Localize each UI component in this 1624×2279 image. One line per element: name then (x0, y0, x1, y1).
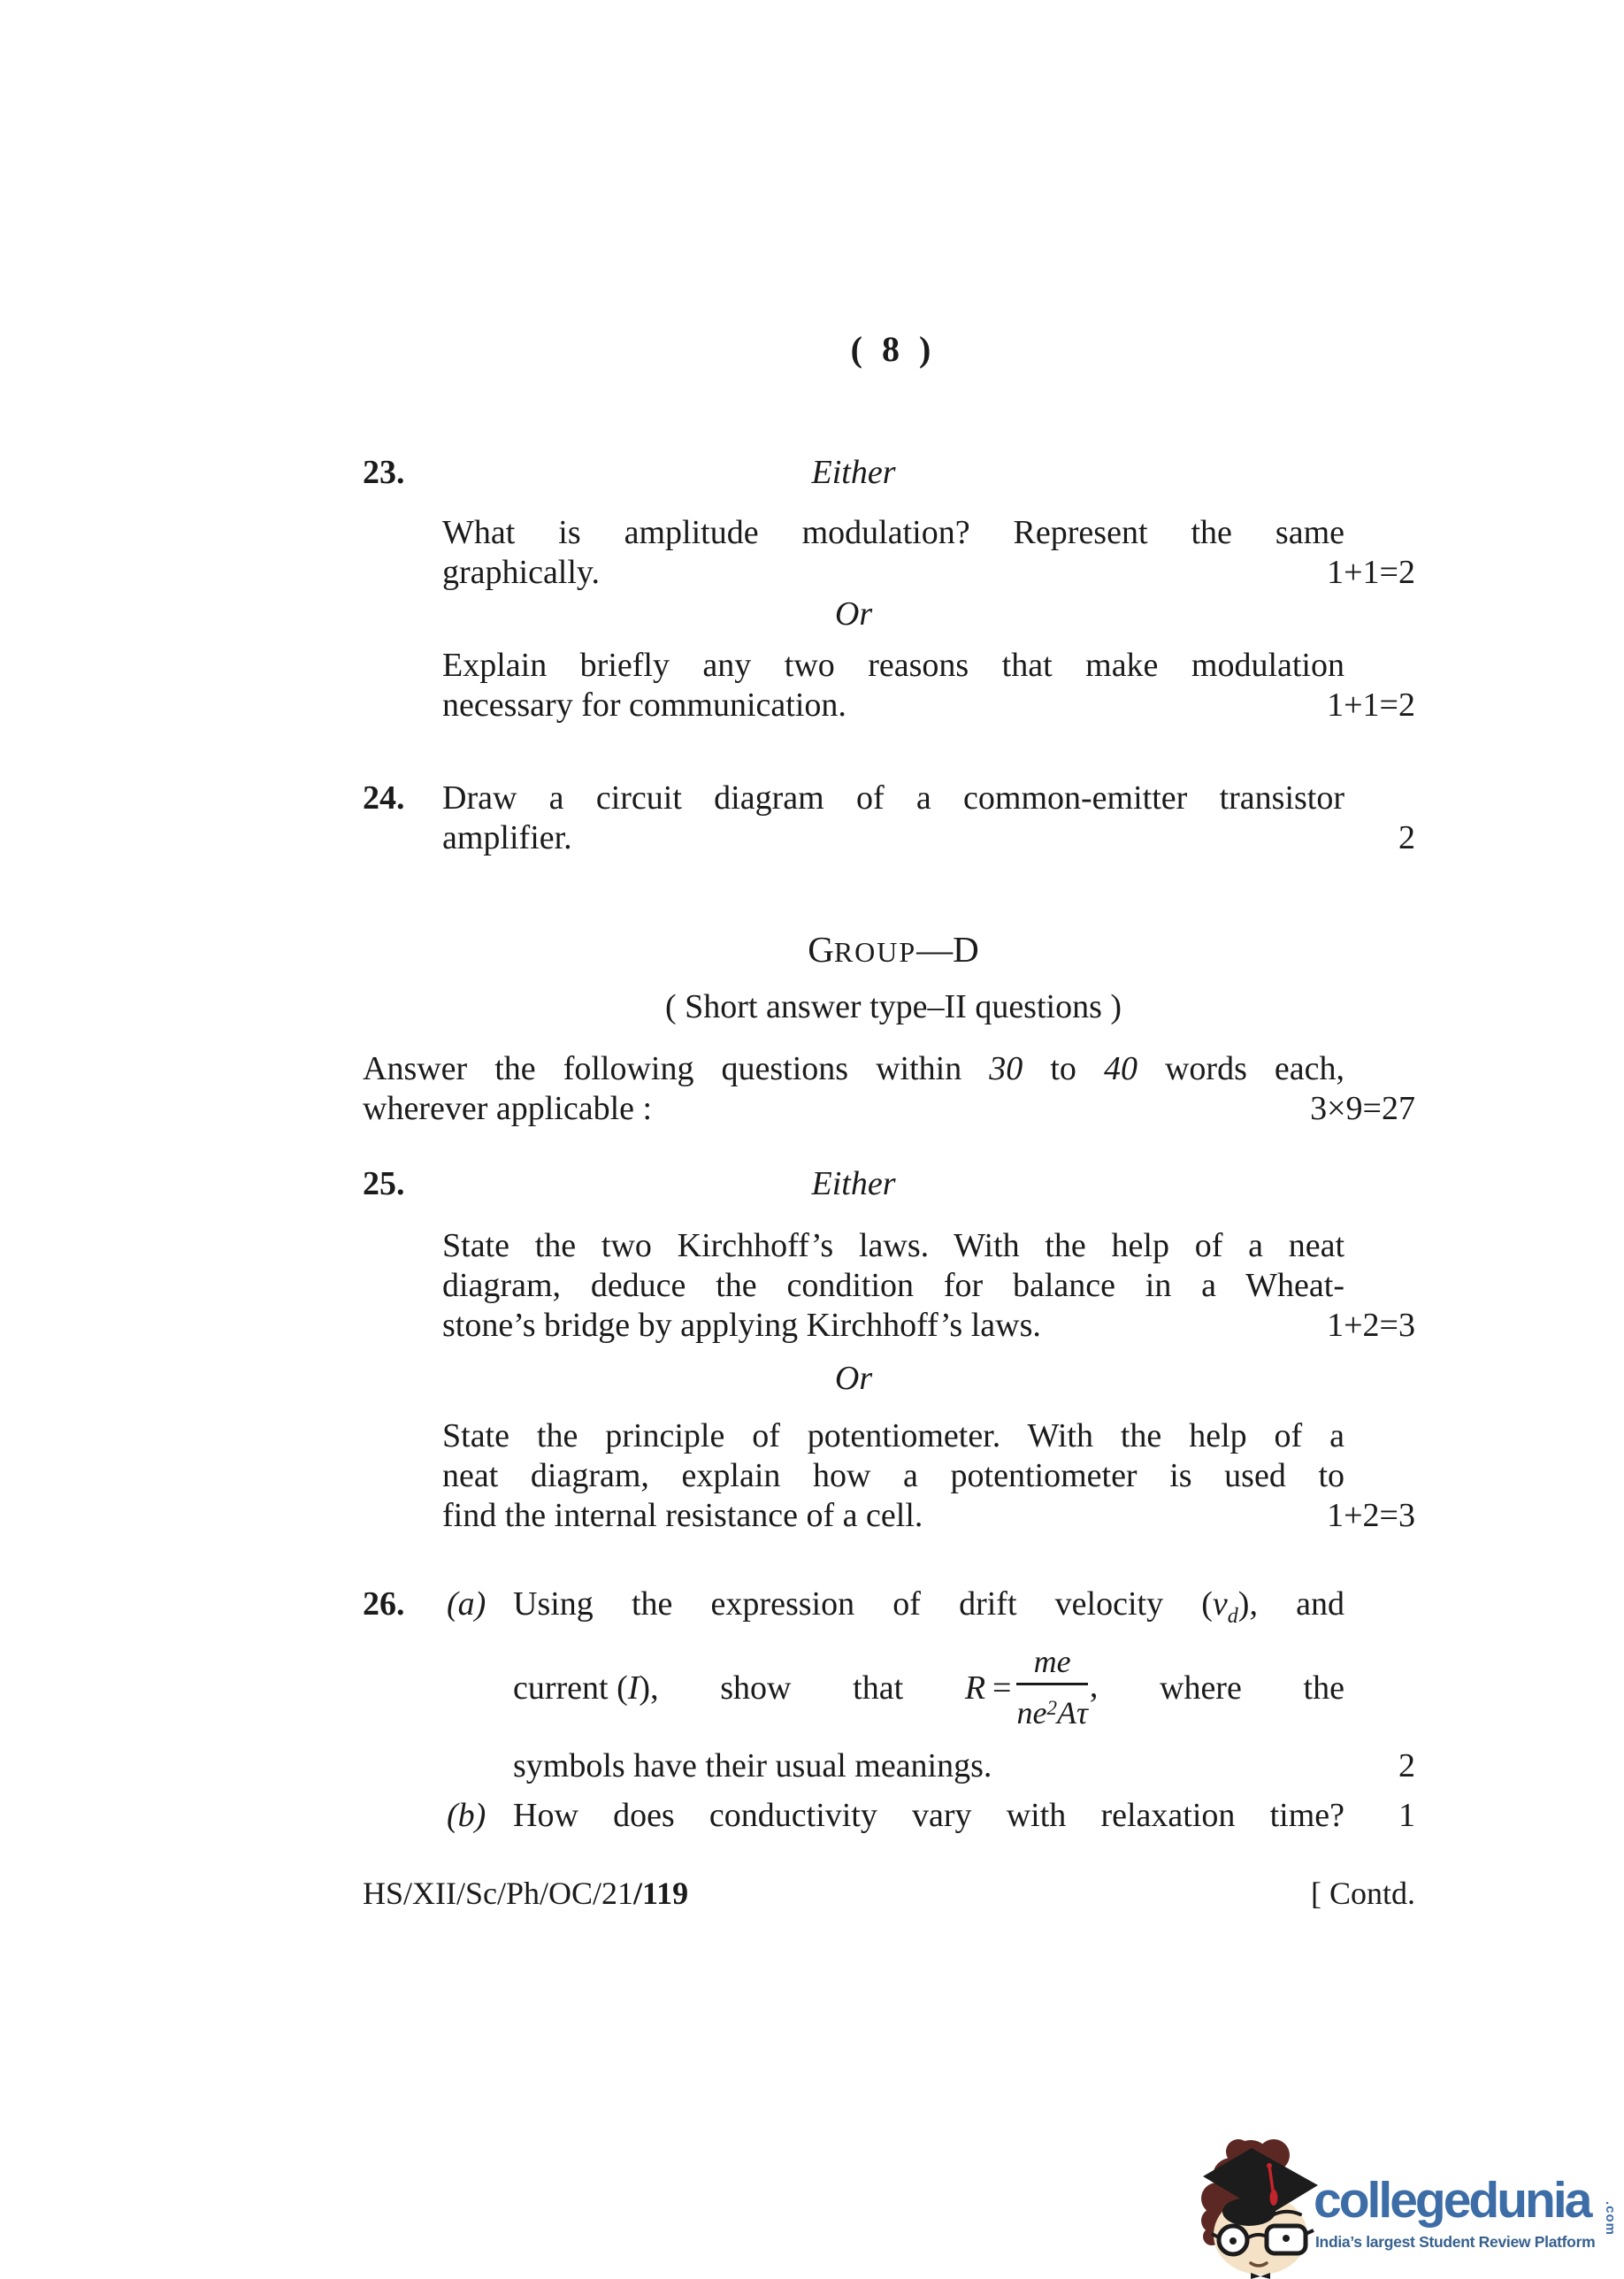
marks-value: 3×9=27 (1310, 1089, 1415, 1129)
denominator-base: ne (1016, 1695, 1046, 1730)
text-line: graphically. (442, 553, 1344, 593)
text-line: What is amplitude modulation? Represent … (442, 513, 1344, 553)
text-segment: Using the expression of drift velocity ( (513, 1585, 1213, 1623)
text-line: amplifier. (442, 818, 1344, 858)
text-segment: where (1160, 1669, 1242, 1707)
question-26-part-b: (b) How does conductivity vary with rela… (363, 1796, 1415, 1836)
marks-value: 1 (1398, 1796, 1415, 1836)
question-25-or-separator: Or (363, 1359, 1344, 1399)
question-23-either-text: What is amplitude modulation? Represent … (363, 513, 1415, 593)
text-line: State the two Kirchhoff’s laws. With the… (442, 1226, 1344, 1266)
text-line: How does conductivity vary with relaxati… (513, 1796, 1344, 1836)
fraction: me ne2Aτ (1016, 1644, 1087, 1732)
question-24-number: 24. (363, 779, 405, 818)
fraction-denominator: ne2Aτ (1016, 1689, 1087, 1732)
paper-code: HS/XII/Sc/Ph/OC/21/119 (363, 1874, 688, 1914)
group-d-subtitle: ( Short answer type–II questions ) (442, 987, 1344, 1027)
drift-velocity-subscript: d (1228, 1605, 1238, 1628)
contd-label: [ Contd. (1311, 1874, 1415, 1914)
marks-value: 2 (1398, 818, 1415, 858)
question-25-number: 25. (363, 1164, 405, 1204)
either-label: Either (812, 454, 896, 491)
question-paper-page: ( 8 ) 23. Either What is amplitude modul… (0, 0, 1624, 2279)
current-symbol: I (628, 1669, 640, 1707)
text-line: wherever applicable : (363, 1089, 1344, 1129)
drift-velocity-symbol: v (1213, 1585, 1228, 1623)
comma: , (1090, 1667, 1099, 1706)
group-d-heading: GROUP—D (442, 929, 1344, 978)
text-line: find the internal resistance of a cell. (442, 1496, 1344, 1536)
marks-value: 1+2=3 (1327, 1306, 1415, 1346)
resistance-symbol: R (965, 1669, 985, 1707)
group-d-heading-smallcaps: ROUP (834, 936, 916, 968)
collegedunia-tagline: India’s largest Student Review Platform (1315, 2233, 1595, 2252)
question-26-formula-line: current (I), show that R = me ne2Aτ , wh… (513, 1631, 1344, 1745)
collegedunia-mascot-icon (1176, 2114, 1327, 2279)
text-line: State the principle of potentiometer. Wi… (442, 1416, 1344, 1456)
text-segment: the (1304, 1669, 1344, 1707)
text-line: diagram, deduce the condition for balanc… (442, 1266, 1344, 1306)
question-24: 24. Draw a circuit diagram of a common-e… (363, 779, 1415, 858)
collegedunia-brand-text: collegedunia (1314, 2173, 1590, 2228)
marks-value: 1+2=3 (1327, 1496, 1415, 1536)
text-segment: ), and (1238, 1585, 1344, 1623)
instruction-segment: words each, (1138, 1050, 1344, 1087)
text-segment: current ( (513, 1669, 628, 1707)
text-line: Draw a circuit diagram of a common-emitt… (442, 779, 1344, 818)
equals-sign: = (992, 1669, 1011, 1707)
question-23-or-separator: Or (363, 595, 1344, 634)
or-label: Or (835, 595, 872, 633)
group-d-instruction: Answer the following questions within 30… (363, 1049, 1415, 1129)
question-26-part-a-line1: 26. (a) Using the expression of drift ve… (363, 1585, 1415, 1624)
fraction-bar (1016, 1683, 1087, 1685)
marks-value: 2 (1398, 1746, 1415, 1786)
question-23-header: 23. Either (363, 453, 1344, 493)
group-d-heading-tail: —D (916, 929, 979, 970)
text-line: symbols have their usual meanings. (513, 1746, 1344, 1786)
question-23-or-text: Explain briefly any two reasons that mak… (363, 646, 1415, 725)
marks-value: 1+1=2 (1327, 686, 1415, 725)
marks-value: 1+1=2 (1327, 553, 1415, 593)
group-d-heading-lead: G (808, 929, 834, 970)
text-line: necessary for communication. (442, 686, 1344, 725)
question-25-either-text: State the two Kirchhoff’s laws. With the… (363, 1226, 1415, 1346)
instruction-segment: Answer the following questions within (363, 1050, 989, 1087)
question-25-header: 25. Either (363, 1164, 1344, 1204)
paper-code-bold: /119 (633, 1876, 688, 1911)
text-segment: ), (639, 1669, 658, 1707)
collegedunia-tld-text: .com (1603, 2201, 1618, 2236)
denominator-tail: Aτ (1057, 1695, 1088, 1730)
page-footer: HS/XII/Sc/Ph/OC/21/119 [ Contd. (363, 1874, 1415, 1914)
question-25-or-text: State the principle of potentiometer. Wi… (363, 1416, 1415, 1536)
instruction-word-count-2: 40 (1104, 1050, 1138, 1087)
text-line: neat diagram, explain how a potentiomete… (442, 1456, 1344, 1496)
question-26-part-a-line3: symbols have their usual meanings. 2 (363, 1746, 1415, 1786)
question-23-number: 23. (363, 453, 405, 493)
text-line: Using the expression of drift velocity (… (513, 1585, 1344, 1624)
instruction-segment: to (1023, 1050, 1104, 1087)
part-a-label: (a) (447, 1585, 486, 1624)
text-segment: that (853, 1669, 903, 1707)
text-line: stone’s bridge by applying Kirchhoff’s l… (442, 1306, 1344, 1346)
or-label: Or (835, 1360, 872, 1397)
part-b-label: (b) (447, 1796, 486, 1836)
collegedunia-logo: collegedunia .com India’s largest Studen… (1176, 2114, 1624, 2279)
either-label: Either (812, 1165, 896, 1202)
text-segment: current (I), (513, 1669, 659, 1707)
resistance-equation: R = me ne2Aτ , (965, 1644, 1099, 1732)
fraction-numerator: me (1034, 1644, 1071, 1679)
question-26-number: 26. (363, 1585, 405, 1624)
paper-code-text: HS/XII/Sc/Ph/OC/21 (363, 1876, 633, 1911)
denominator-exponent: 2 (1046, 1697, 1057, 1719)
text-line: Answer the following questions within 30… (363, 1049, 1344, 1089)
instruction-word-count-1: 30 (989, 1050, 1023, 1087)
text-line: Explain briefly any two reasons that mak… (442, 646, 1344, 686)
page-number: ( 8 ) (442, 329, 1344, 369)
text-segment: show (720, 1669, 791, 1707)
